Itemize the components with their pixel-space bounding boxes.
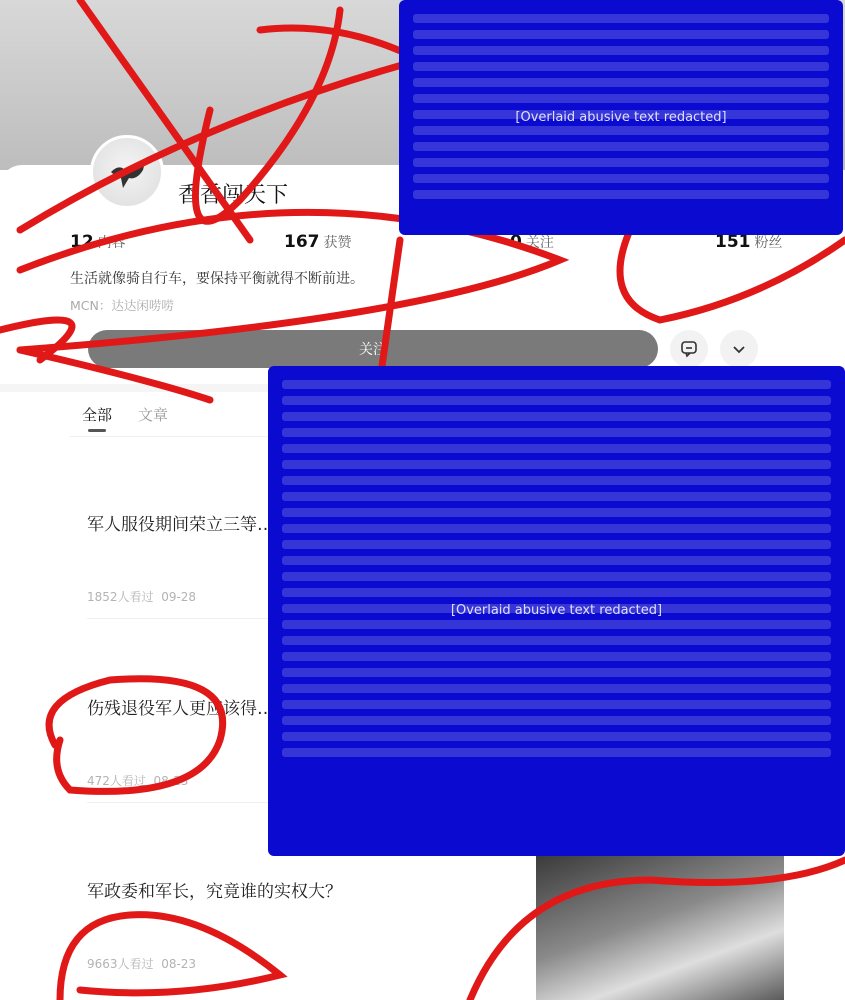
avatar[interactable] (90, 135, 164, 209)
expand-button[interactable] (720, 330, 758, 368)
stat-following[interactable]: 0关注 (510, 232, 554, 252)
article-meta: 472人看过 08-23 (87, 772, 188, 789)
stat-content[interactable]: 12内容 (70, 232, 126, 252)
article-views: 1852人看过 (87, 590, 154, 604)
stat-followers[interactable]: 151粉丝 (715, 232, 783, 252)
article-thumbnail[interactable] (536, 855, 784, 1000)
stat-value: 0 (510, 232, 522, 252)
stat-value: 167 (284, 232, 320, 252)
stat-label: 内容 (98, 235, 126, 251)
message-button[interactable] (670, 330, 708, 368)
username: 香香闯天下 (178, 178, 288, 209)
stat-label: 关注 (526, 235, 554, 251)
stat-label: 粉丝 (755, 235, 783, 251)
redacted-note: [Overlaid abusive text redacted] (451, 601, 662, 621)
message-icon (680, 340, 698, 358)
tab-articles[interactable]: 文章 (138, 404, 168, 425)
stat-likes[interactable]: 167获赞 (284, 232, 352, 252)
follow-button[interactable]: 关注 (88, 330, 658, 368)
content-tabs: 全部 文章 (82, 404, 168, 425)
stat-value: 12 (70, 232, 94, 252)
redacted-overlay-panel: [Overlaid abusive text redacted] (268, 366, 845, 856)
article-date: 09-28 (161, 590, 196, 604)
redacted-note: [Overlaid abusive text redacted] (515, 108, 726, 128)
tab-all[interactable]: 全部 (82, 404, 112, 425)
article-views: 472人看过 (87, 774, 146, 788)
bird-avatar-icon (109, 160, 149, 190)
profile-bio: 生活就像骑自行车，要保持平衡就得不断前进。 (70, 268, 364, 288)
article-date: 08-23 (161, 957, 196, 971)
redacted-overlay-panel: [Overlaid abusive text redacted] (399, 0, 843, 235)
chevron-down-icon (731, 341, 747, 357)
article-meta: 9663人看过 08-23 (87, 955, 196, 972)
stat-label: 获赞 (324, 235, 352, 251)
article-meta: 1852人看过 09-28 (87, 588, 196, 605)
stat-value: 151 (715, 232, 751, 252)
article-date: 08-23 (154, 774, 189, 788)
article-views: 9663人看过 (87, 957, 154, 971)
mcn-label[interactable]: MCN：达达闲唠唠 (70, 296, 174, 314)
